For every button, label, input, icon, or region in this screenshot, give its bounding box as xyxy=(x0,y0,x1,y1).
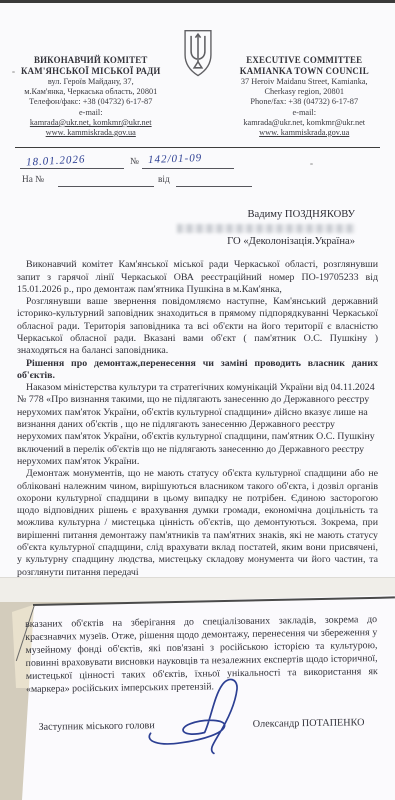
reply-to-label: На № xyxy=(22,175,44,185)
reference-block: 18.01.2026 № 142/01-09 На № від xyxy=(20,155,375,193)
letter-body: Виконавчий комітет Кам'янської міської р… xyxy=(17,259,378,578)
letter-page-1: ВИКОНАВЧИЙ КОМІТЕТ КАМ'ЯНСЬКОЇ МІСЬКОЇ Р… xyxy=(0,3,395,578)
signer-position: Заступник міського голови xyxy=(38,719,154,734)
scanned-letter: { "letterhead": { "uk": { "title1": "ВИК… xyxy=(0,0,395,800)
email-label-uk: e-mail: xyxy=(12,108,170,118)
org-emails-uk: kamrada@ukr.net, komkmr@ukr.net xyxy=(12,118,170,128)
paragraph-intro: Виконавчий комітет Кам'янської міської р… xyxy=(17,259,378,296)
addressee-block: Вадиму ПОЗДНЯКОВУ ГО «Деколонізація.Укра… xyxy=(0,208,395,248)
emblem-container xyxy=(170,29,226,84)
org-title-en-line2: KAMIANKA TOWN COUNCIL xyxy=(226,66,384,77)
paragraph-dismantling-rules: Демонтаж монументів, що не мають статусу… xyxy=(17,468,378,578)
org-website-uk: www. kammiskrada.gov.ua xyxy=(12,128,170,138)
org-address-uk-line1: вул. Героїв Майдану, 37, xyxy=(12,77,170,87)
org-title-en-line1: EXECUTIVE COMMITTEE xyxy=(226,55,384,66)
paragraph-ministry-order: Наказом міністерства культури та стратег… xyxy=(17,382,378,468)
addressee-name: Вадиму ПОЗДНЯКОВУ xyxy=(0,208,355,221)
signer-name: Олександр ПОТАПЕНКО xyxy=(253,716,365,731)
org-address-en-line2: Cherkasy region, 20801 xyxy=(226,87,384,97)
scan-top-edge xyxy=(0,0,395,3)
org-title-uk-line2: КАМ'ЯНСЬКОЇ МІСЬКОЇ РАДИ xyxy=(12,66,170,77)
page2-content: вказаних об'єктів на зберігання до спеці… xyxy=(25,613,379,734)
reply-date-label: від xyxy=(158,175,170,185)
org-address-en-line1: 37 Heroiv Maidanu Street, Kamianka, xyxy=(226,77,384,87)
letter-page-2: вказаних об'єктів на зберігання до спеці… xyxy=(0,578,395,800)
reply-to-underline xyxy=(58,186,154,187)
letterhead-ukrainian: ВИКОНАВЧИЙ КОМІТЕТ КАМ'ЯНСЬКОЇ МІСЬКОЇ Р… xyxy=(12,55,170,138)
email-label-en: e-mail: xyxy=(226,108,384,118)
ukraine-trident-emblem-icon xyxy=(179,29,217,84)
org-address-uk-line2: м.Кам'янка, Черкаська область, 20801 xyxy=(12,87,170,97)
number-underline xyxy=(142,168,234,169)
paragraph-jurisdiction: Розглянувши ваше звернення повідомляємо … xyxy=(17,296,378,357)
addressee-organization: ГО «Деколонізація.Україна» xyxy=(0,235,355,248)
reply-date-underline xyxy=(176,186,252,187)
date-underline xyxy=(20,168,124,169)
letterhead: ВИКОНАВЧИЙ КОМІТЕТ КАМ'ЯНСЬКОЇ МІСЬКОЇ Р… xyxy=(0,3,395,140)
handwritten-date: 18.01.2026 xyxy=(26,154,86,169)
addressee-redacted-line xyxy=(0,221,355,234)
scan-speck xyxy=(12,71,15,73)
scan-speck xyxy=(310,163,313,165)
org-phone-en: Phone/fax: +38 (04732) 6-17-87 xyxy=(226,97,384,107)
paragraph-conclusion: вказаних об'єктів на зберігання до спеці… xyxy=(25,613,378,696)
redaction-blur xyxy=(177,224,355,233)
org-website-en: www. kammiskrada.gov.ua xyxy=(226,128,384,138)
org-emails-en: kamrada@ukr.net, komkmr@ukr.net xyxy=(226,118,384,128)
letterhead-divider xyxy=(15,147,380,148)
number-label: № xyxy=(130,157,139,167)
org-phone-uk: Телефон/факс: +38 (04732) 6-17-87 xyxy=(12,97,170,107)
letterhead-english: EXECUTIVE COMMITTEE KAMIANKA TOWN COUNCI… xyxy=(226,55,384,138)
handwritten-number: 142/01-09 xyxy=(148,152,203,166)
paragraph-decision-bold: Рішення про демонтаж,перенесення чи замі… xyxy=(17,358,378,383)
org-title-uk-line1: ВИКОНАВЧИЙ КОМІТЕТ xyxy=(12,55,170,66)
